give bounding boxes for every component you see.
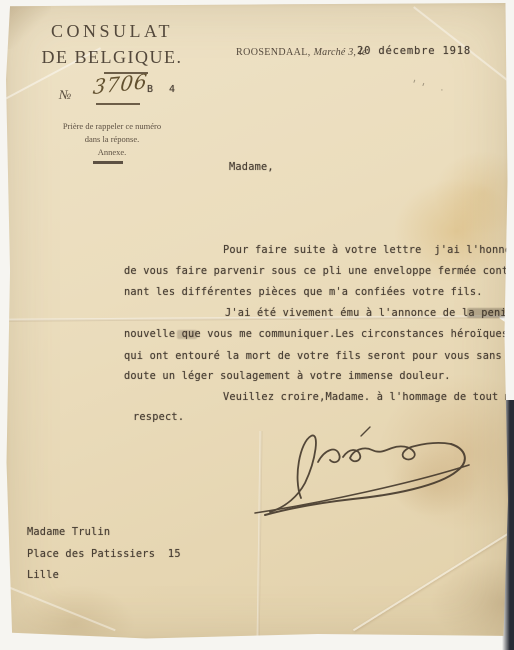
body-line: de vous faire parvenir sous ce pli une e… <box>124 265 514 277</box>
body-line: nant les différentes pièces que m'a conf… <box>124 286 483 298</box>
closing-line: Veuillez croire,Madame. à l'hommage de t… <box>223 391 514 403</box>
body-line: qui ont entouré la mort de votre fils se… <box>124 350 502 362</box>
crease-top-right <box>413 6 509 81</box>
crease-bottom-right <box>353 529 514 631</box>
typewriter-overstrike-smudge <box>177 330 197 339</box>
typewriter-overstrike-smudge <box>467 308 505 318</box>
dateline-street: Marché 3, <box>314 47 357 58</box>
number-label: № <box>59 87 71 103</box>
salutation: Madame, <box>229 161 274 173</box>
letterhead-divider-rule <box>93 161 123 164</box>
scanned-letter-page: CONSULAT DE BELGIQUE. № 3706 B 4 Prière … <box>0 0 514 650</box>
pencil-marks: '' ˙ <box>408 77 449 102</box>
handwritten-signature <box>243 406 475 521</box>
recipient-street: Place des Patissiers 15 <box>27 548 181 560</box>
letterhead-title-line1: CONSULAT <box>33 21 191 42</box>
dateline-printed: ROOSENDAAL, Marché 3, le <box>236 47 367 58</box>
recipient-city: Lille <box>27 569 59 581</box>
letter-paper: CONSULAT DE BELGIQUE. № 3706 B 4 Prière … <box>5 3 509 641</box>
file-reference: B 4 <box>147 84 180 95</box>
letterhead-note-line3: Annexe. <box>33 147 191 157</box>
body-line: doute un léger soulagement à votre immen… <box>124 370 451 382</box>
body-line: Pour faire suite à votre lettre j'ai l'h… <box>223 244 514 256</box>
letterhead-title-line2: DE BELGIQUE. <box>33 47 191 68</box>
dateline-typed-date: 20 décembre 1918 <box>357 45 471 57</box>
handwritten-file-number: 3706 <box>92 69 149 99</box>
crease-bottom-left <box>0 581 116 632</box>
letterhead-note-line2: dans la réponse. <box>33 134 191 144</box>
dateline-city: ROOSENDAAL, <box>236 47 311 58</box>
recipient-name: Madame Trulin <box>27 526 110 538</box>
letterhead: CONSULAT DE BELGIQUE. <box>33 21 191 68</box>
closing-line: respect. <box>133 411 184 423</box>
letterhead-note-line1: Prière de rappeler ce numéro <box>33 121 191 131</box>
number-rule-bottom <box>96 103 140 105</box>
